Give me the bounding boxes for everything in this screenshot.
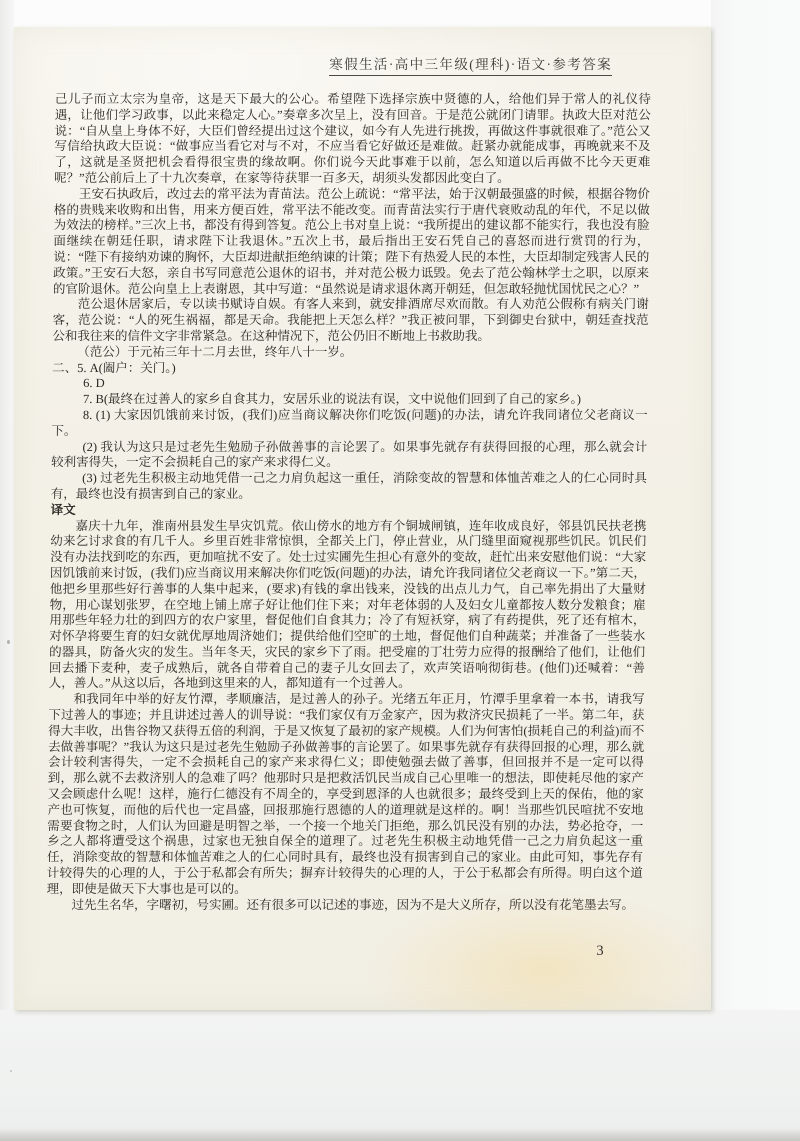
scanner-margin-bottom	[0, 1010, 800, 1141]
scan-speck	[7, 640, 10, 644]
scanned-page: 寒假生活·高中三年级(理科)·语文·参考答案 己儿子而立太宗为皇帝，这是天下最大…	[14, 27, 711, 1010]
paragraph: 和我同年中举的好友竹潭，孝顺廉洁，是过善人的孙子。光绪五年正月，竹潭手里拿着一本…	[47, 692, 645, 897]
answer-line: 二、5. A(阖户：关门。)	[52, 361, 648, 377]
answer-line: 8. (1) 大家因饥饿前来讨饭，(我们)应当商议解决你们吃饭(问题)的办法，请…	[51, 408, 647, 440]
section-heading: 译文	[51, 503, 647, 519]
answer-line: (2) 我认为这只是过老先生勉励子孙做善事的言论罢了。如果事先就存有获得回报的心…	[51, 440, 647, 472]
scanner-margin-right	[711, 0, 800, 1011]
paragraph: 嘉庆十九年，淮南州县发生旱灾饥荒。依山傍水的地方有个铜城闸镇，连年收成良好，邻县…	[49, 519, 647, 693]
paragraph: 己儿子而立太宗为皇帝，这是天下最大的公心。希望陛下选择宗族中贤德的人，给他们异于…	[54, 92, 651, 187]
paragraph: （范公）于元祐三年十二月去世，终年八十一岁。	[52, 345, 648, 361]
header-title: 寒假生活·高中三年级(理科)·语文·参考答案	[329, 53, 612, 76]
page-header: 寒假生活·高中三年级(理科)·语文·参考答案	[14, 53, 711, 76]
scanner-margin-top	[0, 0, 800, 27]
answer-line: 7. B(最终在过善人的家乡自食其力，安居乐业的说法有误，文中说他们回到了自己的…	[52, 392, 648, 408]
body-text: 己儿子而立太宗为皇帝，这是天下最大的公心。希望陛下选择宗族中贤德的人，给他们异于…	[5, 92, 651, 913]
scan-background: 寒假生活·高中三年级(理科)·语文·参考答案 己儿子而立太宗为皇帝，这是天下最大…	[0, 0, 800, 1141]
paragraph: 过先生名华，字曙初，号实圃。还有很多可以记述的事迹，因为不是大义所存，所以没有花…	[46, 898, 642, 914]
paragraph: 范公退休居家后，专以读书赋诗自娱。有客人来到，就安排酒席尽欢而散。有人劝范公假称…	[52, 297, 648, 344]
scan-speck	[10, 1070, 12, 1072]
page-number: 3	[580, 943, 620, 960]
answer-line: (3) 过老先生积极主动地凭借一己之力肩负起这一重任，消除变故的智慧和体恤苦难之…	[51, 471, 647, 503]
answer-line: 6. D	[52, 376, 648, 392]
paragraph: 王安石执政后，改过去的常平法为青苗法。范公上疏说：“常平法，始于汉朝最强盛的时候…	[53, 187, 650, 298]
scan-bottom-shadow	[0, 1128, 800, 1141]
